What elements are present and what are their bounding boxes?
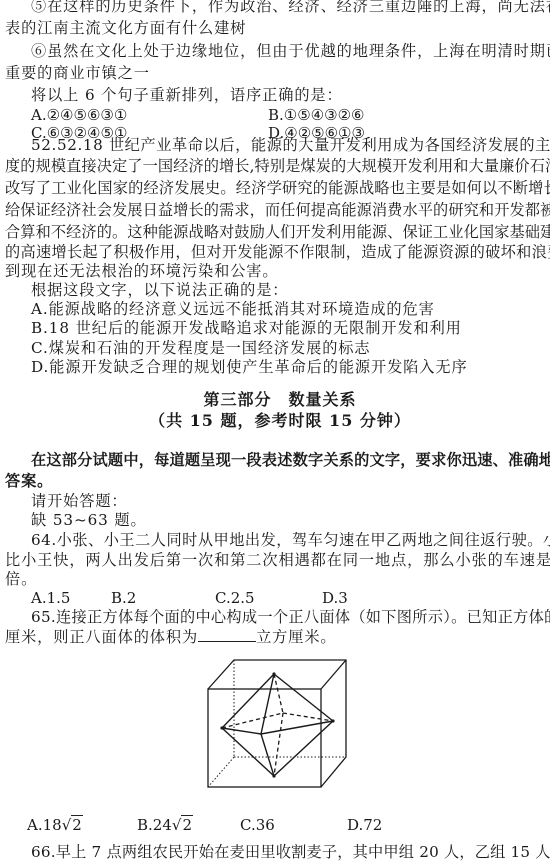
sqrt-icon: √2	[62, 815, 83, 835]
cube-octahedron-figure	[0, 0, 550, 863]
radicand: 2	[181, 815, 193, 834]
option-value: A.18	[27, 816, 62, 834]
q65-option-a[interactable]: A.18√2	[27, 815, 83, 835]
option-value: B.24	[137, 816, 172, 834]
q65-option-c[interactable]: C.36	[240, 815, 275, 835]
cube-front-face	[208, 689, 321, 787]
q66-line: 66.早上 7 点两组农民开始在麦田里收割麦子，其中甲组 20 人，乙组 15 …	[31, 842, 550, 862]
radicand: 2	[71, 815, 83, 834]
sqrt-icon: √2	[172, 815, 193, 835]
cube-back-edges	[208, 660, 346, 787]
q65-option-b[interactable]: B.24√2	[137, 815, 193, 835]
q65-option-d[interactable]: D.72	[347, 815, 382, 835]
